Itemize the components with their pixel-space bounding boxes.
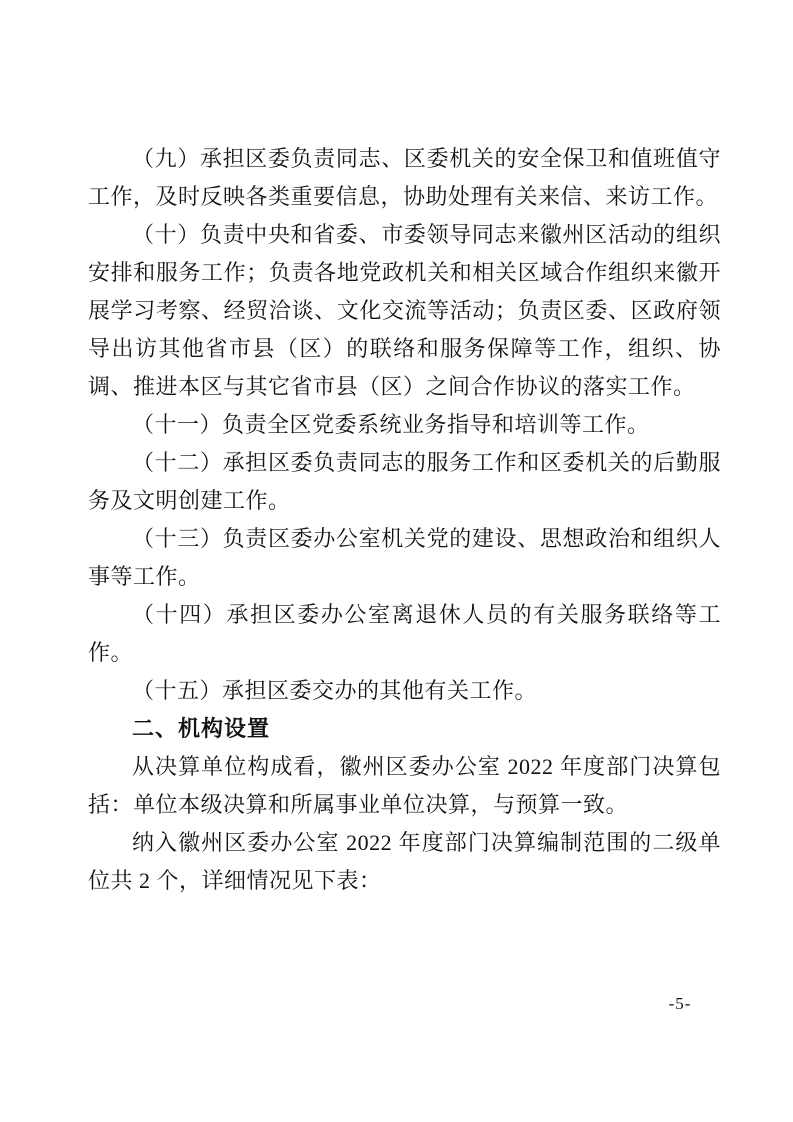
paragraph-final-accounts-composition: 从决算单位构成看，徽州区委办公室 2022 年度部门决算包括：单位本级决算和所属… — [88, 748, 721, 824]
document-body: （九）承担区委负责同志、区委机关的安全保卫和值班值守工作，及时反映各类重要信息，… — [88, 140, 721, 900]
paragraph-duty-12: （十二）承担区委负责同志的服务工作和区委机关的后勤服务及文明创建工作。 — [88, 444, 721, 520]
paragraph-duty-10: （十）负责中央和省委、市委领导同志来徽州区活动的组织安排和服务工作；负责各地党政… — [88, 216, 721, 406]
paragraph-duty-15: （十五）承担区委交办的其他有关工作。 — [88, 672, 721, 710]
paragraph-duty-9: （九）承担区委负责同志、区委机关的安全保卫和值班值守工作，及时反映各类重要信息，… — [88, 140, 721, 216]
page-number: -5- — [655, 994, 705, 1014]
paragraph-secondary-units: 纳入徽州区委办公室 2022 年度部门决算编制范围的二级单位共 2 个，详细情况… — [88, 824, 721, 900]
paragraph-duty-11: （十一）负责全区党委系统业务指导和培训等工作。 — [88, 406, 721, 444]
paragraph-duty-14: （十四）承担区委办公室离退休人员的有关服务联络等工作。 — [88, 596, 721, 672]
section-heading-organization-setup: 二、机构设置 — [88, 710, 721, 748]
paragraph-duty-13: （十三）负责区委办公室机关党的建设、思想政治和组织人事等工作。 — [88, 520, 721, 596]
document-page: （九）承担区委负责同志、区委机关的安全保卫和值班值守工作，及时反映各类重要信息，… — [0, 0, 793, 1122]
